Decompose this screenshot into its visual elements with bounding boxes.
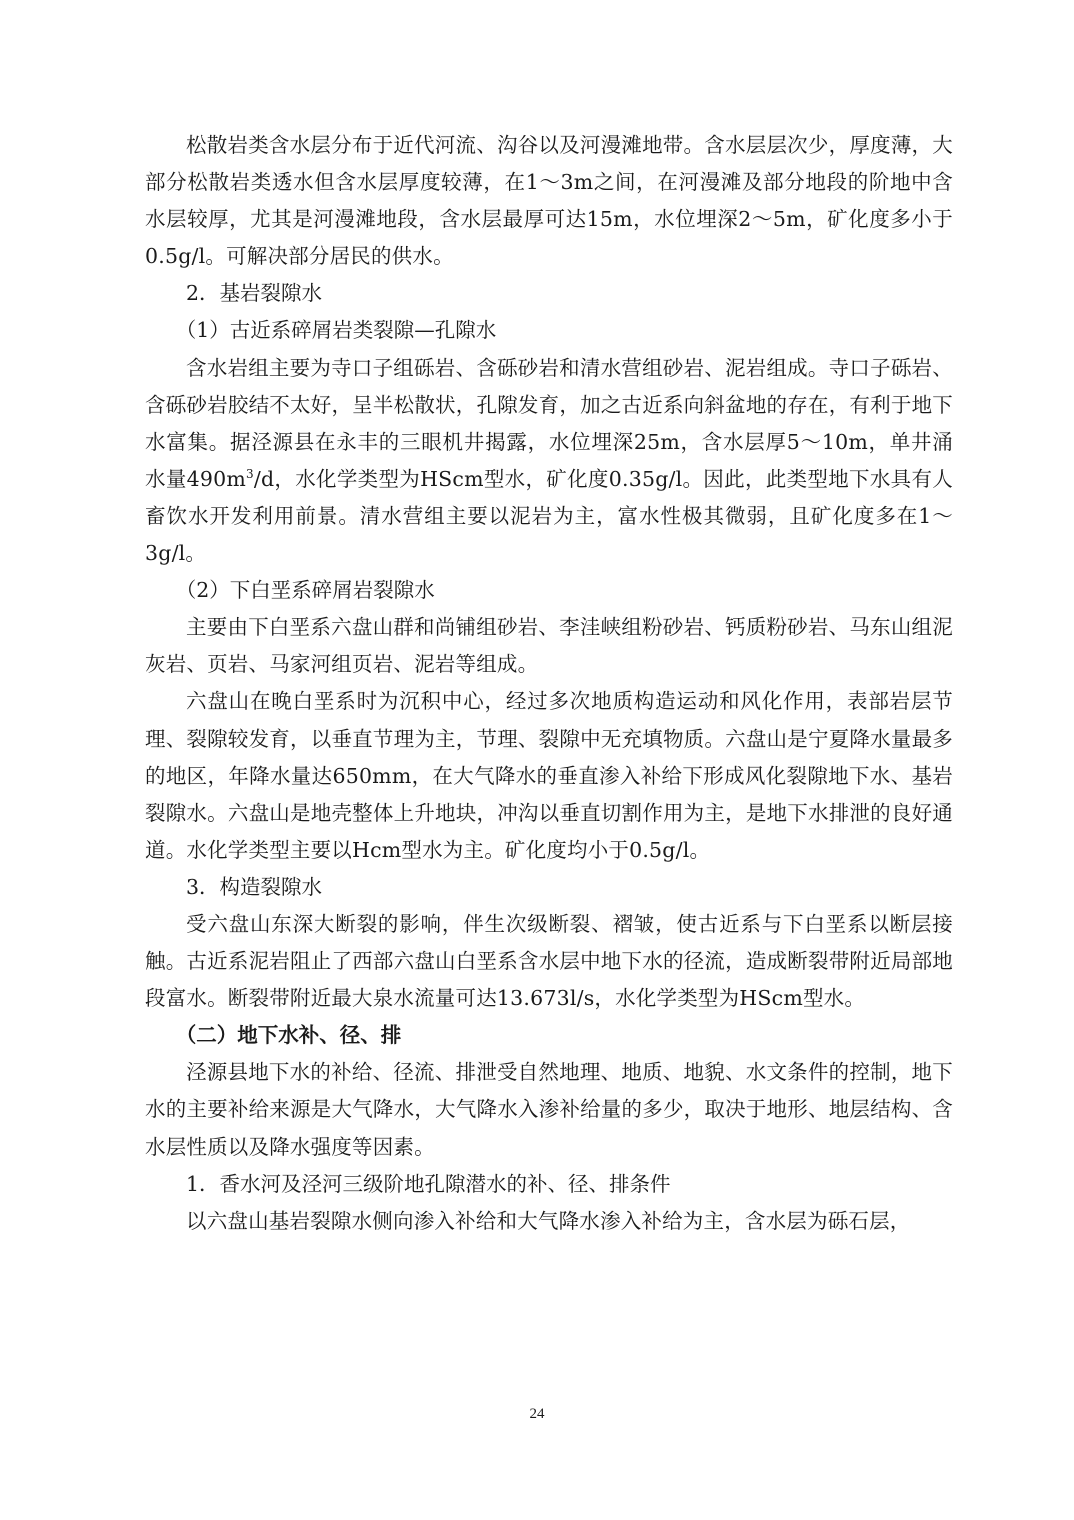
paragraph-loose-rock-aquifer: 松散岩类含水层分布于近代河流、沟谷以及河漫滩地带。含水层层次少，厚度薄，大部分松… xyxy=(145,127,953,275)
superscript-cubic: 3 xyxy=(246,467,254,481)
document-body: 松散岩类含水层分布于近代河流、沟谷以及河漫滩地带。含水层层次少，厚度薄，大部分松… xyxy=(145,127,953,1240)
heading-structural-fissure-water: 3．构造裂隙水 xyxy=(145,869,953,906)
subheading-paleogene-clastic: （1）古近系碎屑岩类裂隙—孔隙水 xyxy=(145,312,953,349)
heading-terrace-phreatic-water: 1．香水河及泾河三级阶地孔隙潜水的补、径、排条件 xyxy=(145,1166,953,1203)
paragraph-terrace-recharge: 以六盘山基岩裂隙水侧向渗入补给和大气降水渗入补给为主，含水层为砾石层， xyxy=(145,1203,953,1240)
paragraph-fault-influence: 受六盘山东深大断裂的影响，伴生次级断裂、褶皱，使古近系与下白垩系以断层接触。古近… xyxy=(145,906,953,1017)
paragraph-text-after: /d，水化学类型为HScm型水，矿化度0.35g/l。因此，此类型地下水具有人畜… xyxy=(145,467,953,565)
heading-bedrock-fissure-water: 2．基岩裂隙水 xyxy=(145,275,953,312)
paragraph-liupanshan: 六盘山在晚白垩系时为沉积中心，经过多次地质构造运动和风化作用，表部岩层节理、裂隙… xyxy=(145,683,953,868)
paragraph-recharge-overview: 泾源县地下水的补给、径流、排泄受自然地理、地质、地貌、水文条件的控制，地下水的主… xyxy=(145,1054,953,1165)
paragraph-lower-cretaceous-composition: 主要由下白垩系六盘山群和尚铺组砂岩、李洼峡组粉砂岩、钙质粉砂岩、马东山组泥灰岩、… xyxy=(145,609,953,683)
subheading-lower-cretaceous: （2）下白垩系碎屑岩裂隙水 xyxy=(145,572,953,609)
paragraph-paleogene-aquifer: 含水岩组主要为寺口子组砾岩、含砾砂岩和清水营组砂岩、泥岩组成。寺口子砾岩、含砾砂… xyxy=(145,350,953,573)
section-heading-recharge-runoff-discharge: （二）地下水补、径、排 xyxy=(145,1017,953,1054)
page-number: 24 xyxy=(0,1406,1074,1423)
